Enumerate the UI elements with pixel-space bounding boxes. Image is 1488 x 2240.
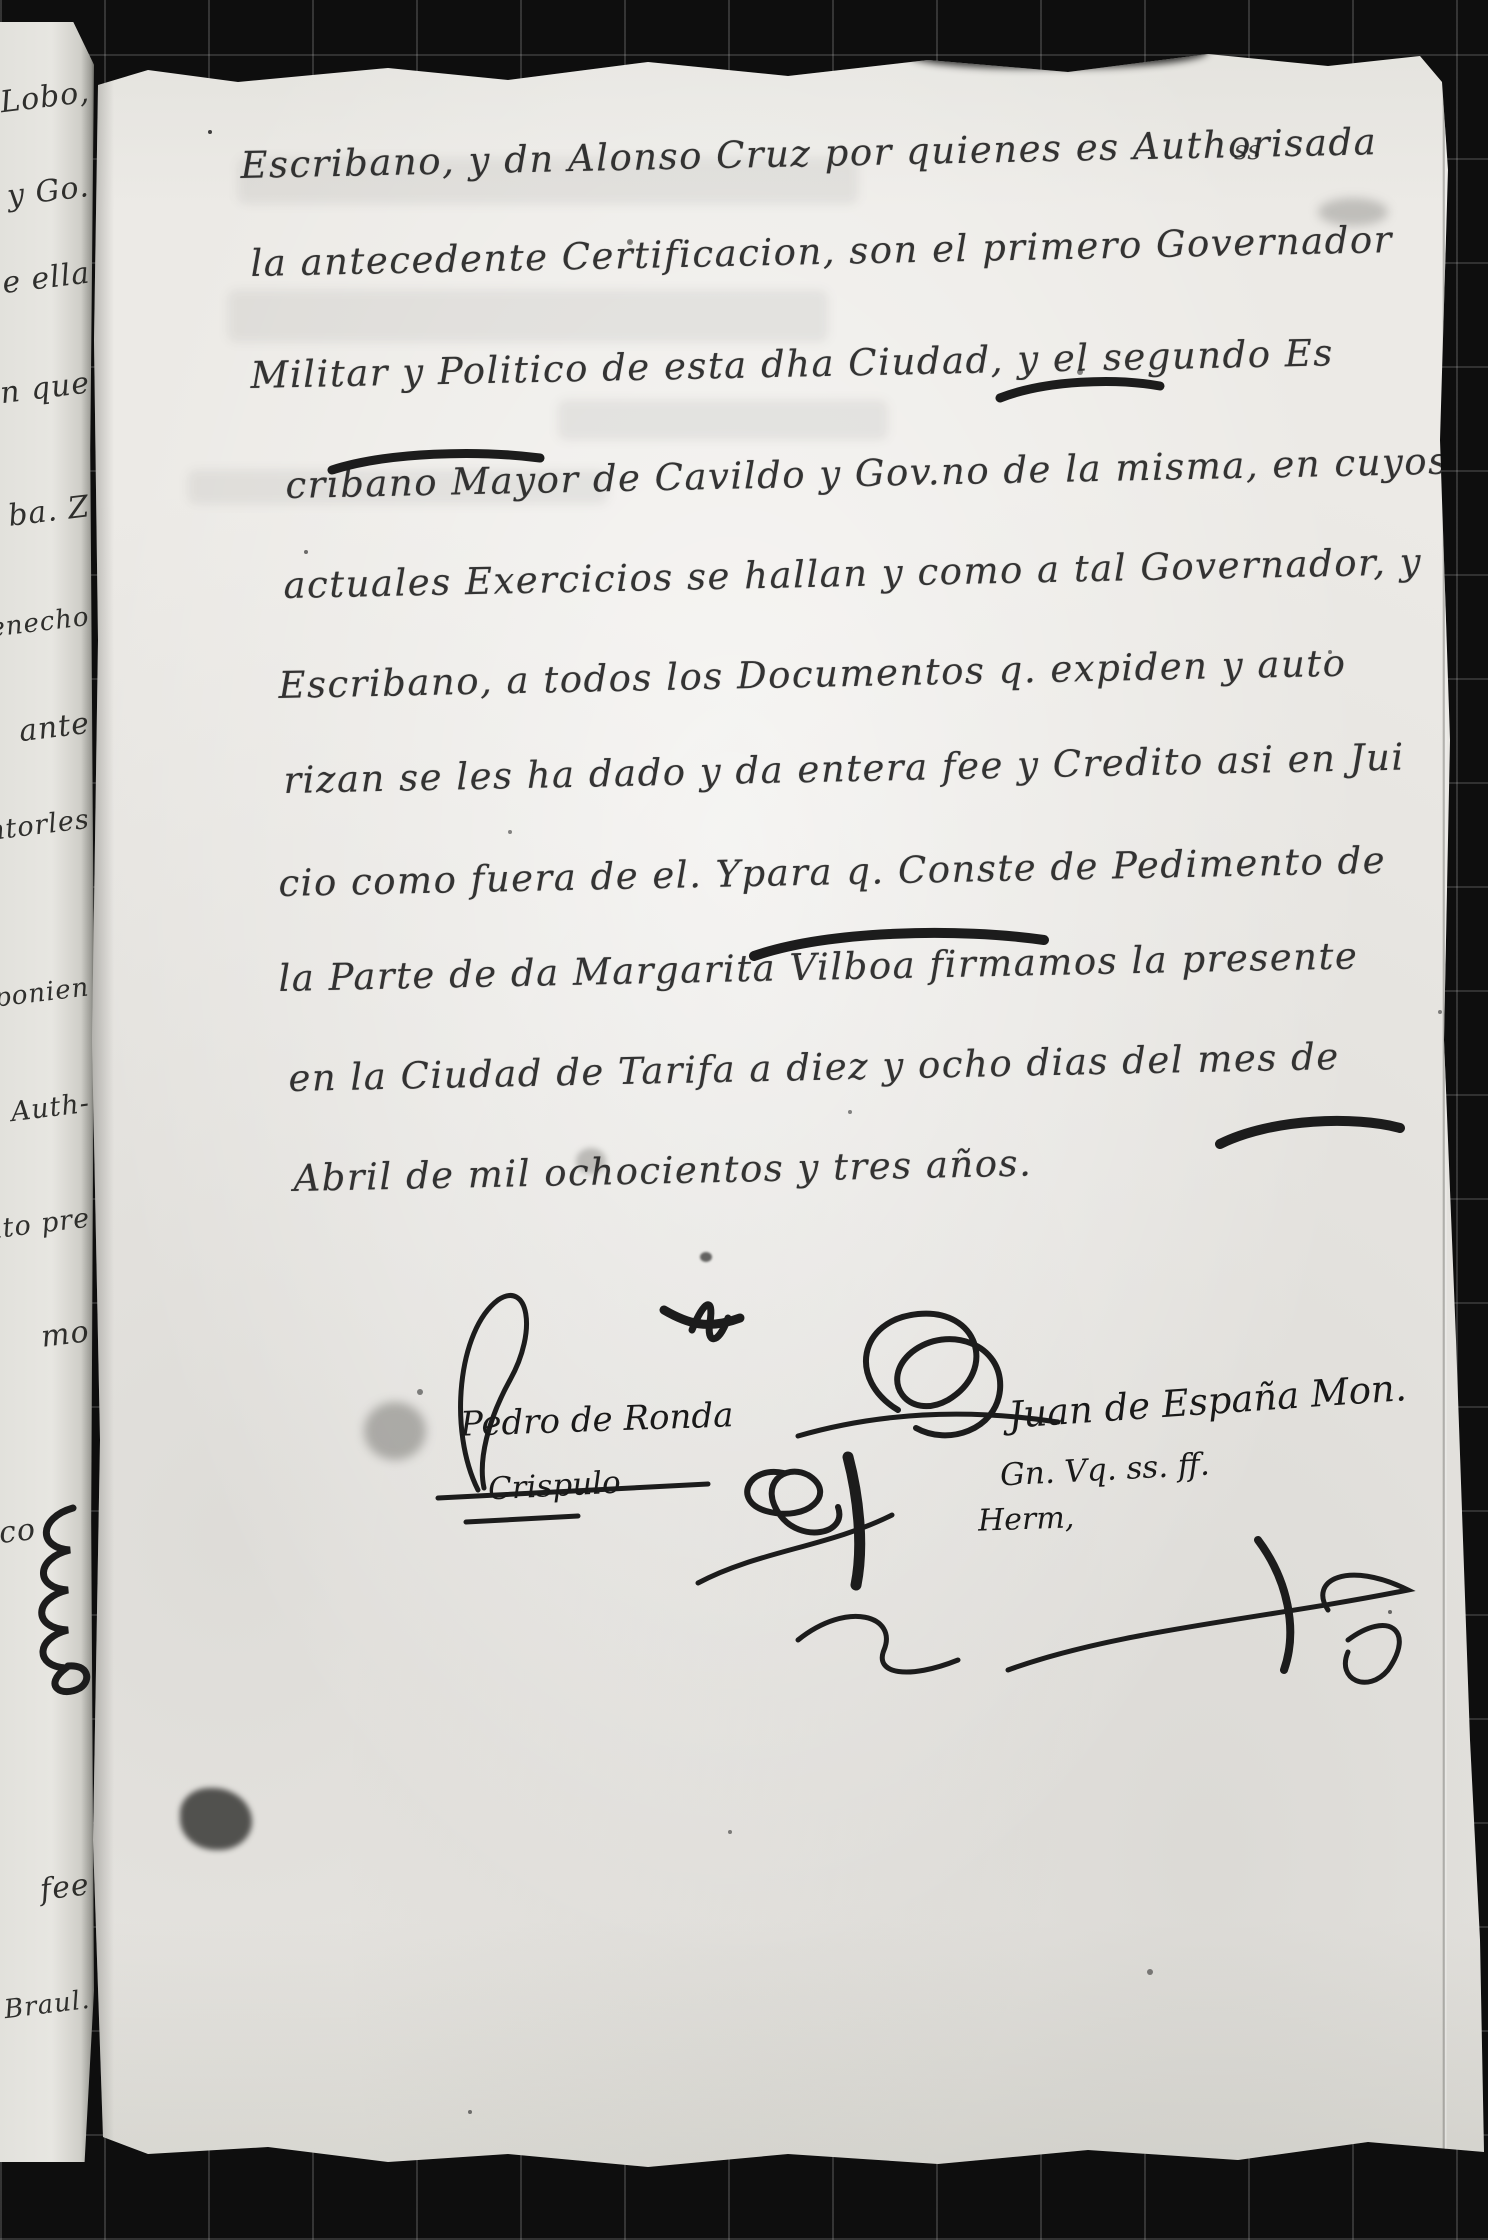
signature-title-left: Crispulo [487,1465,621,1508]
paper-specks [208,130,212,134]
scan-background: Lobo, y Go. de ella on que ba. Z ndenech… [0,0,1488,2240]
right-signature-tail-flourish [788,1520,1428,1700]
manuscript-line: cio como fuera de el. Ypara q. Conste de… [278,839,1387,905]
margin-fragment: Braul. [2,1985,91,2025]
margin-fragment: de ella [0,256,92,304]
previous-page-edge: Lobo, y Go. de ella on que ba. Z ndenech… [0,22,94,2162]
margin-fragment: o Auth- [0,1088,91,1132]
right-edge-crease [1442,80,1447,2160]
manuscript-line: Escribano, a todos los Documentos q. exp… [278,642,1347,707]
manuscript-page: Escribano, y dn Alonso Cruz por quienes … [88,40,1486,2178]
margin-rubric-flourish [18,1500,98,1710]
pen-swash [328,440,548,480]
manuscript-line: actuales Exercicios se hallan y como a t… [283,540,1422,607]
margin-fragment: anto pre [0,1203,91,1249]
margin-fragment: Lobo, [0,75,92,121]
ink-stain [180,1788,252,1850]
pen-swash [1216,1108,1406,1154]
showthrough-smudge [228,290,828,342]
margin-fragment: ante [17,706,92,749]
ink-stain [364,1402,426,1460]
manuscript-line: la antecedente Certificacion, son el pri… [250,218,1393,285]
margin-fragment: ntorles [0,804,92,847]
margin-fragment: on que [0,365,92,413]
line-end-paraph: ss [1234,136,1261,166]
showthrough-smudge [558,400,888,440]
pen-swash [750,922,1050,966]
margin-fragment: ndenecho [0,602,91,648]
manuscript-line: rizan se les ha dado y da entera fee y C… [283,736,1405,802]
margin-fragment: fee [38,1867,92,1908]
top-edge-ink-blot [908,34,1208,68]
manuscript-line: en la Ciudad de Tarifa a diez y ocho dia… [288,1035,1340,1100]
manuscript-line: Abril de mil ochocientos y tres años. [293,1142,1033,1200]
margin-fragment: mo [40,1314,92,1355]
margin-fragment: y Go. [6,169,92,214]
margin-fragment: ba. Z [6,489,92,534]
margin-fragment: nsponien [0,972,91,1017]
pen-swash [996,370,1166,410]
